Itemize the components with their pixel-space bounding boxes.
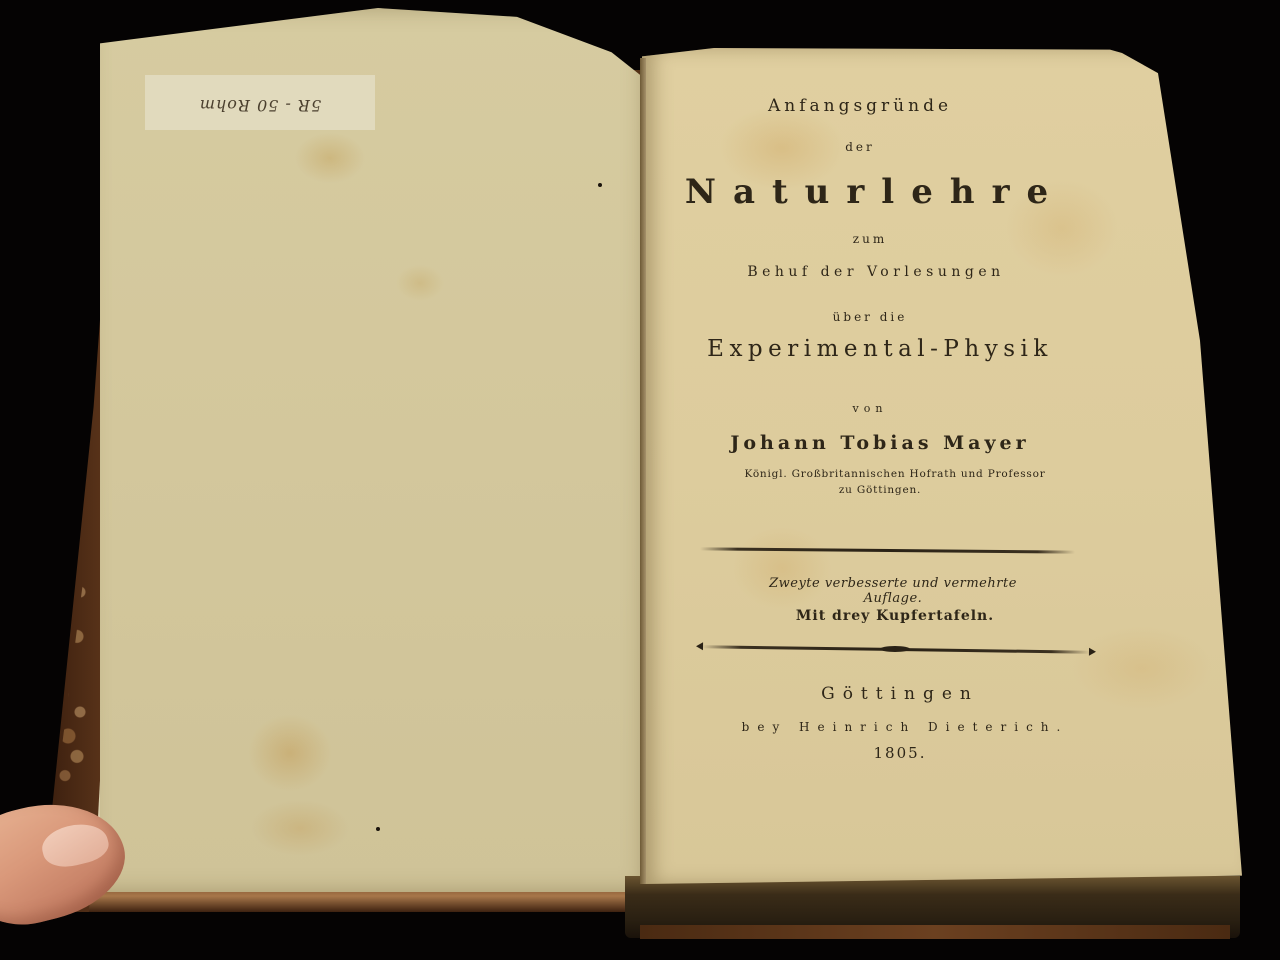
- ink-speck: [598, 183, 602, 187]
- author-name: Johann Tobias Mayer: [730, 432, 1030, 454]
- plates-note: Mit drey Kupfertafeln.: [790, 608, 1000, 624]
- handwritten-note: 5R - 50 Rohm: [150, 85, 370, 115]
- ink-speck: [376, 827, 380, 831]
- title-line-von: von: [800, 402, 940, 415]
- book-cover-bottom-right: [640, 925, 1230, 939]
- rule-ornament: [880, 646, 910, 652]
- author-role: Königl. Großbritannischen Hofrath und Pr…: [720, 468, 1070, 480]
- photo-scene: 5R - 50 Rohm Anfangsgründe der Naturlehr…: [0, 0, 1280, 960]
- title-line-zum: zum: [790, 232, 950, 246]
- edition-note: Zweyte verbesserte und vermehrte Auflage…: [738, 576, 1048, 606]
- subtitle: Experimental-Physik: [700, 336, 1060, 362]
- author-location: zu Göttingen.: [800, 484, 960, 496]
- title-line-ueber-die: über die: [790, 310, 950, 324]
- imprint-city: Göttingen: [810, 684, 990, 704]
- flyleaf-page: [100, 8, 656, 892]
- imprint-publisher: bey Heinrich Dieterich.: [740, 720, 1070, 734]
- title-line-anfangsgruende: Anfangsgründe: [710, 96, 1010, 116]
- title-line-der: der: [760, 140, 960, 154]
- title-line-behuf: Behuf der Vorlesungen: [726, 264, 1026, 280]
- book-gutter: [640, 58, 646, 884]
- imprint-year: 1805.: [850, 744, 950, 762]
- main-title: Naturlehre: [680, 172, 1070, 212]
